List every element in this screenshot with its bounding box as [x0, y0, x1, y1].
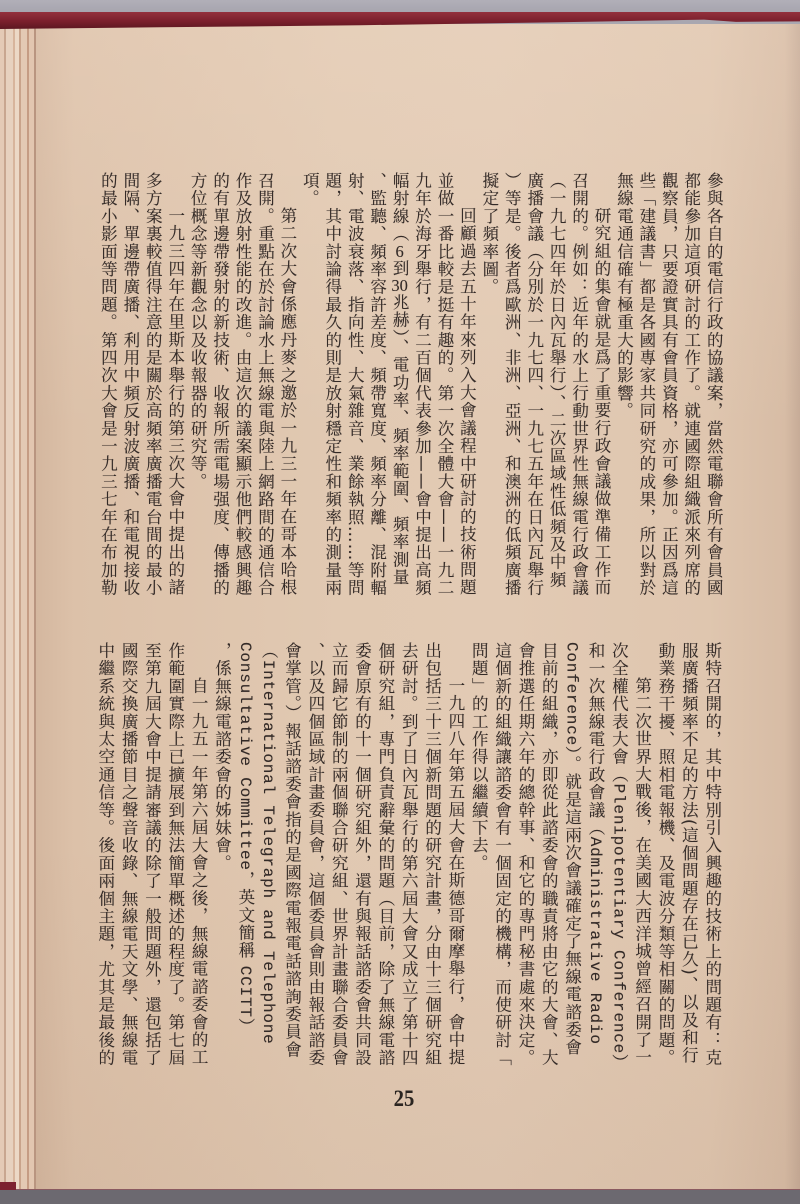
text-column: 次全權代表大會（Plenipotentiary Conference） [607, 642, 630, 1074]
text-column: 作範圍實際上已擴展到無法簡單概述的程度了。第七屆 [163, 642, 186, 1074]
text-column: 召開。重點在於討論水上無線電與陸上網路間的通信合 [253, 172, 275, 604]
text-column: 些「建議書」都是各國專家共同研究的成果，所以對於 [634, 172, 656, 604]
text-column: 題，其中討論得最久的則是放射穩定性和頻率的測量兩 [320, 172, 342, 604]
text-column: 國際交換廣播節目之聲音收錄、無線電天文學、無線電 [117, 642, 140, 1074]
text-column: 會掌管。）報話諮委會指的是國際電報電話諮詢委員會 [280, 642, 303, 1074]
paragraph-start-column: 研究組的集會就是爲了重要行政會議做準備工作而 [590, 172, 612, 604]
paragraph-start-column: 自一九五一年第六屆大會之後，無線電諮委會的工 [187, 642, 210, 1074]
text-column: ，係無線電諮委會的姊妹會。 [210, 642, 233, 1074]
text-column: 參與各自的電信行政的協議案，當然電聯會所有會員國 [702, 172, 724, 604]
lower-text-block: 斯特召開的，其中特別引入興趣的技術上的問題有：克 服廣播頻率不足的方法(這個問題… [93, 642, 723, 1074]
text-column: 會推選任期六年的總幹事、和它的專門秘書處來決定。 [514, 642, 537, 1074]
text-column: 動業務干擾、照相電報機、及電波分類等相關的問題。 [654, 642, 677, 1074]
latin-text: Consultative Committee [236, 642, 254, 871]
text-column: 的最小影面等問題。第四次大會是一九三七年在布加勒 [96, 172, 118, 604]
latin-text: Plenipotentiary Conference [609, 784, 627, 1054]
text-column: 這個新的組織讓諮委會有一個固定的機構，而使研討「 [490, 642, 513, 1074]
text-column: 、監聽、頻率容許差度、頻帶寬度、頻率分離、混附輻 [365, 172, 387, 604]
latin-text: Administrative Radio [586, 837, 604, 1045]
latin-text: CCITT [236, 966, 254, 1018]
text-column: Conference）。就是這兩次會議確定了無線電諮委會 [560, 642, 583, 1074]
paragraph-start-column: 一九四八年第五屆大會在斯德哥爾摩舉行，會中提 [444, 642, 467, 1074]
paragraph-start-column: 第二次大會係應丹麥之邀於一九三一年在哥本哈根 [275, 172, 297, 604]
page-edges-stack [0, 26, 36, 1189]
text-column: 作及放射性能的改進。由這次的議案顯示他們較感興趣 [231, 172, 253, 604]
text-column: ）等是。後者爲歐洲、非洲、亞洲、和澳洲的低頻廣播 [500, 172, 522, 604]
text-column: 至第九屆大會中提請審議的除了一般問題外，還包括了 [140, 642, 163, 1074]
text-column: 服廣播頻率不足的方法(這個問題存在已久)、以及和行 [677, 642, 700, 1074]
numeral: 6 [390, 243, 409, 260]
page-number: 25 [382, 1086, 425, 1112]
numeral: 30 [390, 277, 409, 294]
latin-text: Conference [563, 642, 581, 746]
text-column: 委會原有的十一個研究組外，還有與報話諮委會共同設 [350, 642, 373, 1074]
text-column: 的有單邊帶發射的新技術、收報所需電場强度、傳播的 [208, 172, 230, 604]
red-cover-corner [0, 1182, 16, 1190]
text-column: 觀察員，只要證實具有會員資格，亦可參加。正因爲這 [657, 172, 679, 604]
text-column: Consultative Committee，英文簡稱 CCITT） [233, 642, 256, 1074]
paragraph-start-column: 一九三四年在里斯本舉行的第三次大會中提出的諸 [163, 172, 185, 604]
text-column: 目前的組織，亦即從此諮委會的職責將由它的大會、大 [537, 642, 560, 1074]
paragraph-start-column: 第二次世界大戰後，在美國大西洋城曾經召開了一 [630, 642, 653, 1074]
text-column: 都能參加這項研討的工作了。就連國際組織派來列席的 [679, 172, 701, 604]
text-column: 去研討。到了日內瓦舉行的第六屆大會又成立了第十四 [397, 642, 420, 1074]
text-column: 多方案裏較值得注意的是關於高頻率廣播電台間的最小 [141, 172, 163, 604]
text-column: （International Telegraph and Telephone [257, 642, 280, 1074]
text-column: 斯特召開的，其中特別引入興趣的技術上的問題有：克 [700, 642, 723, 1074]
text-column: 、以及四個區域計畫委員會，這個委員會則由報話諮委 [304, 642, 327, 1074]
text-column: 立而歸它節制的兩個聯合研究組、世界計畫聯合委員會 [327, 642, 350, 1074]
upper-text-block: 參與各自的電信行政的協議案，當然電聯會所有會員國 都能參加這項研討的工作了。就連… [96, 172, 724, 604]
text-column: 幅射線（6到30兆赫）、電功率、頻率範圍、頻率測量 [388, 172, 410, 604]
text-column: 個研究組，專門負責辭彙的問題（目前，除了無線電諮 [374, 642, 397, 1074]
paragraph-start-column: 回顧過去五十年來列入大會議程中研討的技術問題 [455, 172, 477, 604]
text-column: 並做一番比較是挺有趣的。第一次全體大會——一九二 [433, 172, 455, 604]
text-column: 方位概念等新觀念以及收報器的研究等。 [186, 172, 208, 604]
text-column: 無線電通信確有極重大的影響。 [612, 172, 634, 604]
backdrop-bottom [0, 1189, 800, 1204]
text-column: 廣播會議（分別於一九七四、一九七五年在日內瓦舉行 [522, 172, 544, 604]
text-column: 和一次無線電行政會議（Administrative Radio [584, 642, 607, 1074]
text-column: 中繼系統與太空通信等。後面兩個主題，尤其是最後的 [93, 642, 116, 1074]
text-column: 九年於海牙舉行，有二百個代表參加——會中提出高頻 [410, 172, 432, 604]
text-column: 間隔、單邊帶廣播、利用中頻反射波廣播、和電視接收 [118, 172, 140, 604]
scanned-book-page: 參與各自的電信行政的協議案，當然電聯會所有會員國 都能參加這項研討的工作了。就連… [0, 0, 800, 1204]
text-column: 擬定了頻率圖。 [477, 172, 499, 604]
text-column: 召開的。例如：近年的水上行動世界性無線電行政會議 [567, 172, 589, 604]
latin-text: International Telegraph and Telephone [259, 660, 277, 1045]
text-column: 射、電波衰落、指向性、大氣雜音、業餘執照……等問 [343, 172, 365, 604]
text-column: 問題」的工作得以繼續下去。 [467, 642, 490, 1074]
backdrop-top [0, 0, 800, 14]
text-column: 項。 [298, 172, 320, 604]
text-column: 出包括三十三個新問題的研究計畫，分由十三個研究組 [420, 642, 443, 1074]
text-column: （一九七四年於日內瓦舉行）、二次區域性低頻及中頻 [545, 172, 567, 604]
